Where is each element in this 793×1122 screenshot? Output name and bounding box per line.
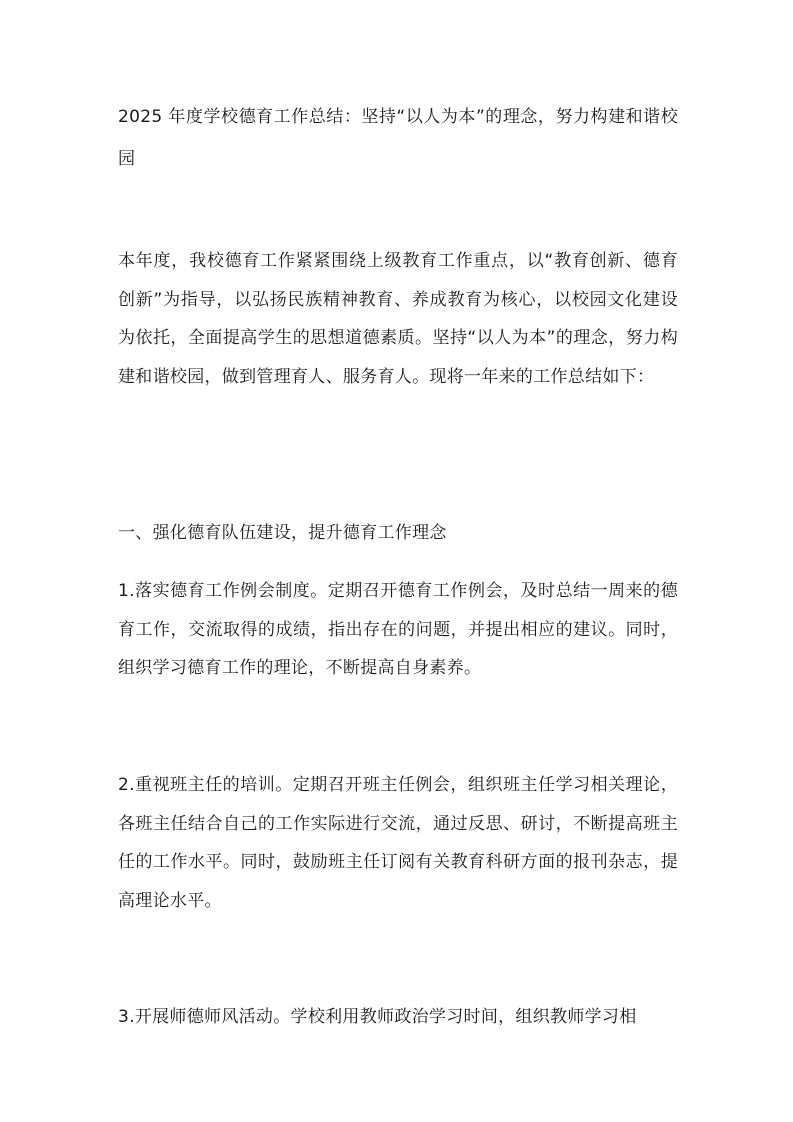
list-item: 1.落实德育工作例会制度。定期召开德育工作例会，及时总结一周来的德育工作，交流取…: [118, 572, 678, 688]
intro-paragraph: 本年度，我校德育工作紧紧围绕上级教育工作重点，以“教育创新、德育创新”为指导，以…: [118, 242, 678, 396]
document-page: 2025 年度学校德育工作总结：坚持“以人为本”的理念，努力构建和谐校园 本年度…: [0, 0, 793, 1122]
document-title: 2025 年度学校德育工作总结：坚持“以人为本”的理念，努力构建和谐校园: [118, 96, 678, 180]
list-item: 2.重视班主任的培训。定期召开班主任例会，组织班主任学习相关理论，各班主任结合自…: [118, 766, 678, 920]
list-item: 3.开展师德师风活动。学校利用教师政治学习时间，组织教师学习相: [118, 998, 678, 1037]
section-heading: 一、强化德育队伍建设，提升德育工作理念: [118, 514, 678, 553]
